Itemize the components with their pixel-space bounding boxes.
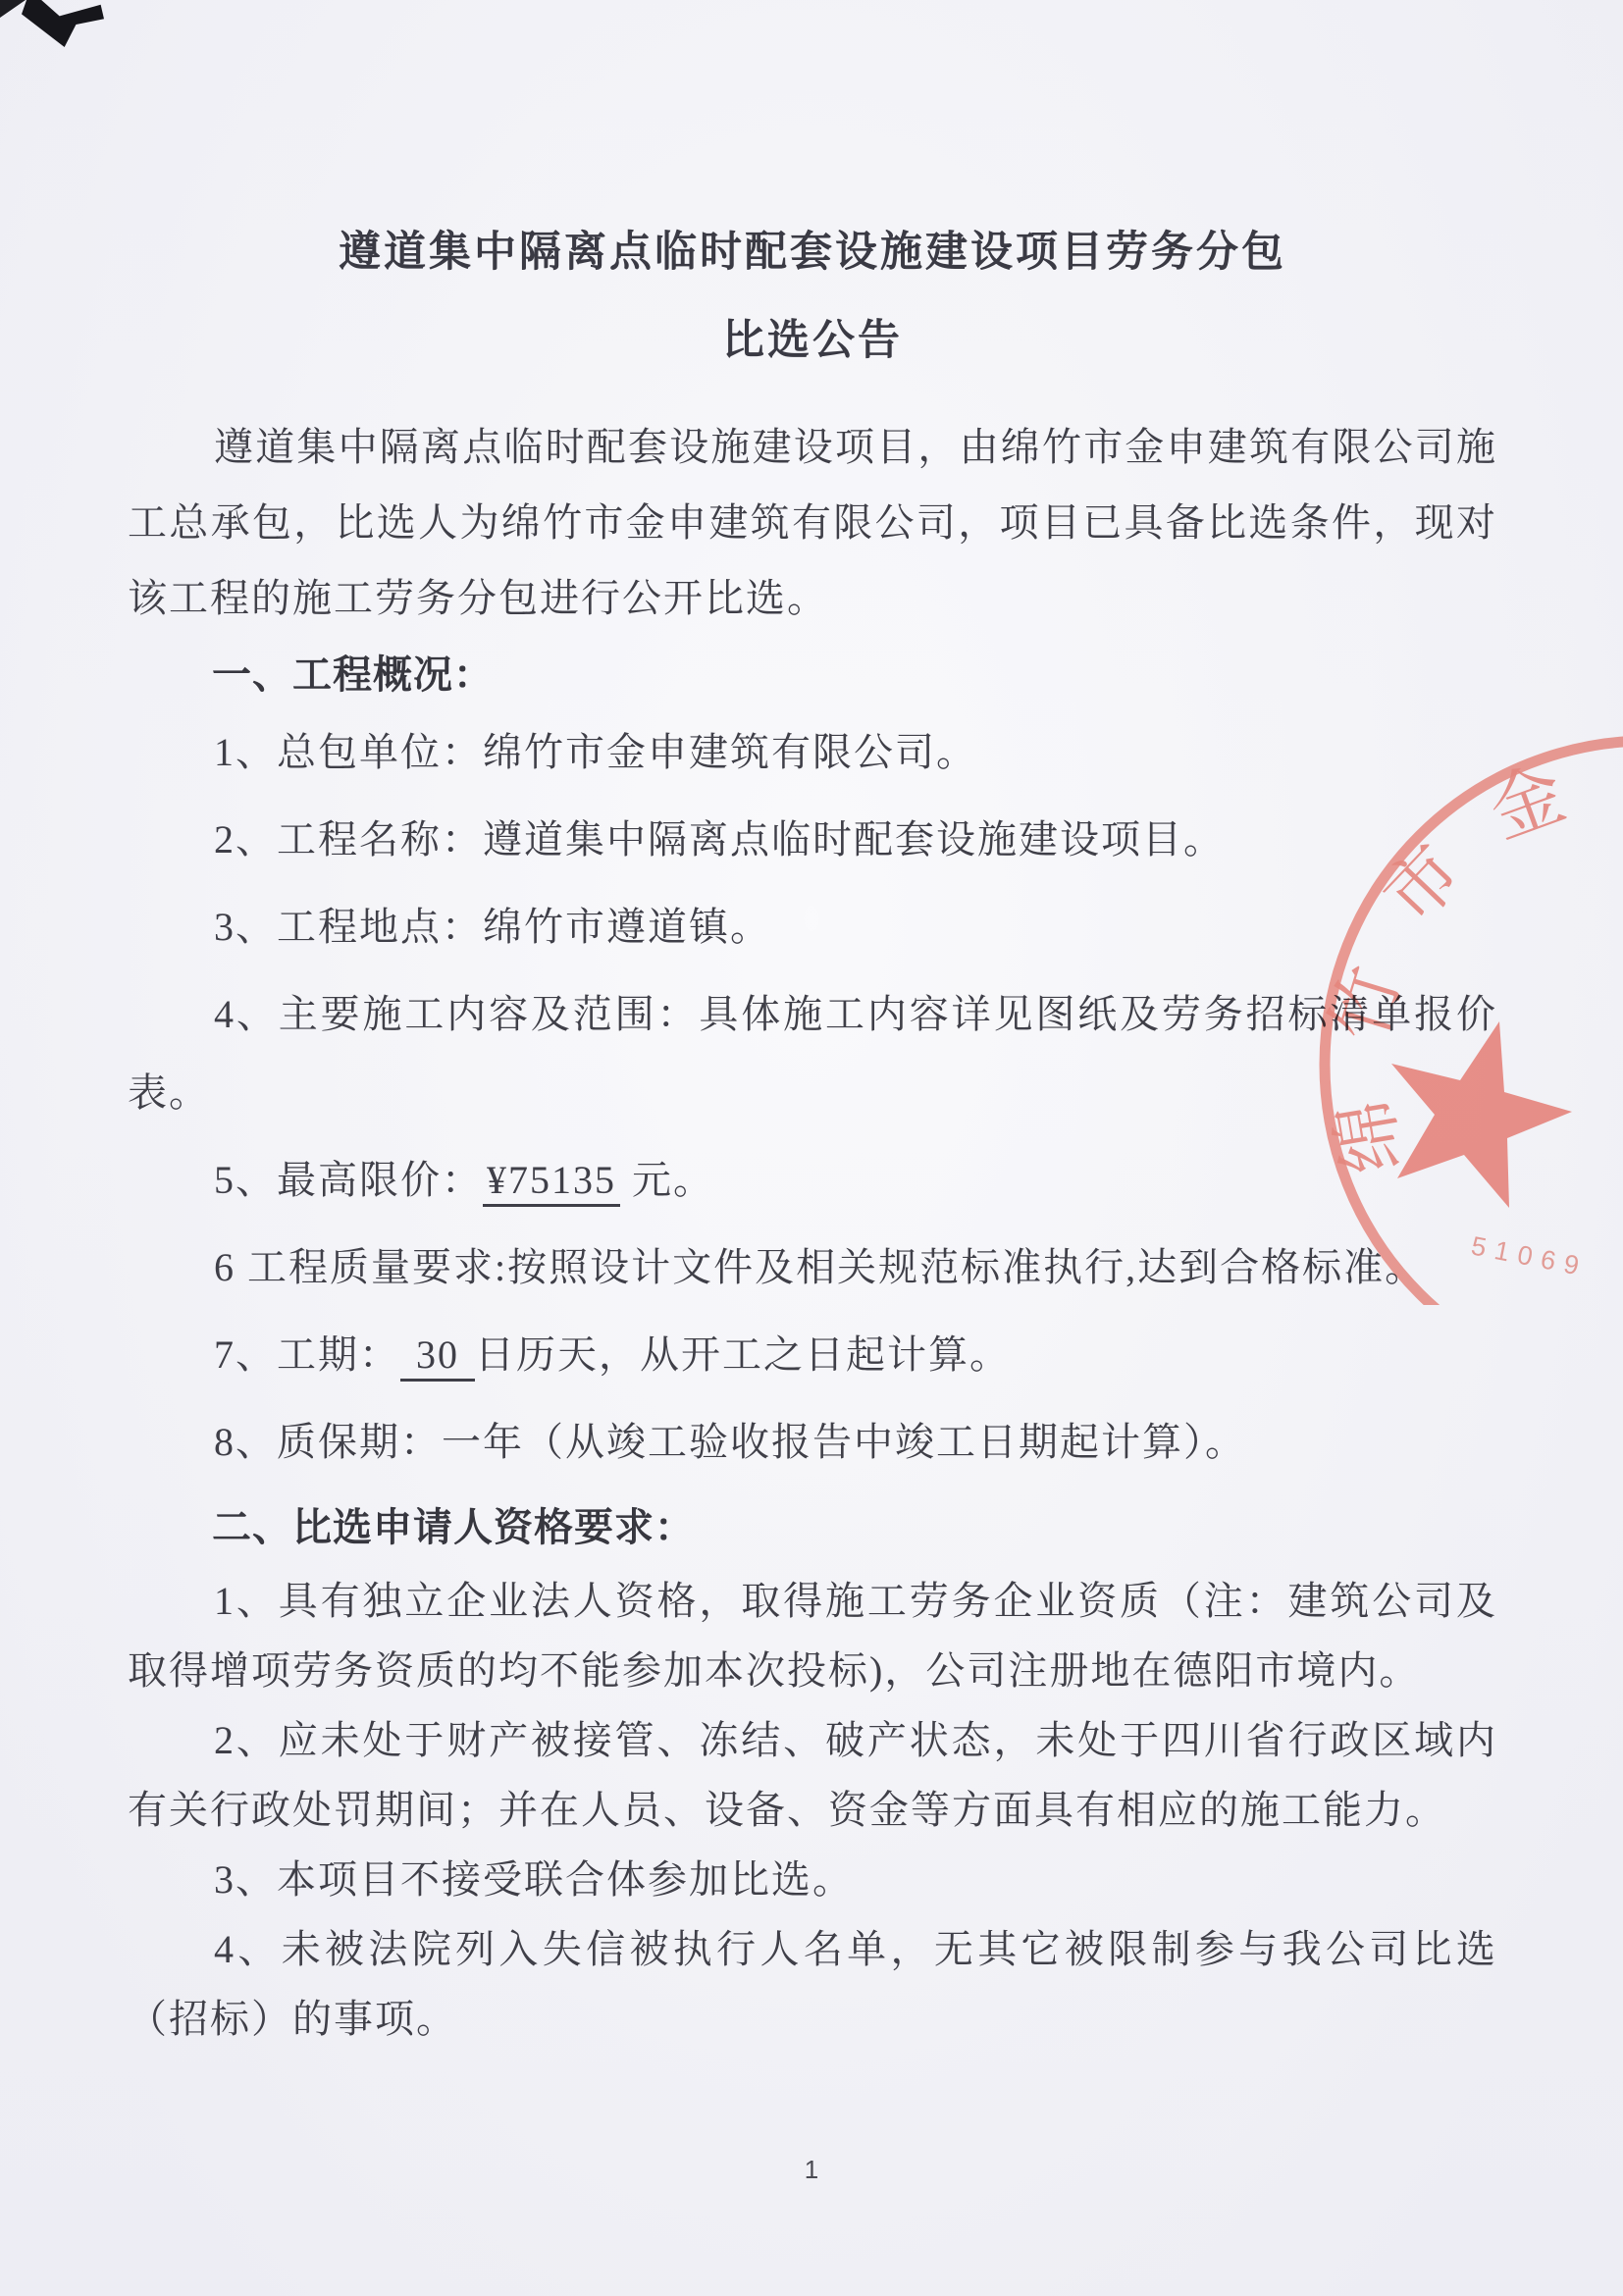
max-price-value: ¥75135 — [483, 1158, 620, 1207]
section1-item-4: 4、主要施工内容及范围：具体施工内容详见图纸及劳务招标清单报价表。 — [128, 975, 1497, 1132]
section1-item-6: 6 工程质量要求:按照设计文件及相关规范标准执行,达到合格标准。 — [128, 1228, 1497, 1307]
document-body: 遵道集中隔离点临时配套设施建设项目劳务分包 比选公告 遵道集中隔离点临时配套设施… — [128, 221, 1497, 2054]
section1-item-5: 5、最高限价：¥75135 元。 — [128, 1141, 1497, 1220]
document-title-line1: 遵道集中隔离点临时配套设施建设项目劳务分包 — [128, 221, 1497, 286]
section2-item-1: 1、具有独立企业法人资格，取得施工劳务企业资质（注：建筑公司及取得增项劳务资质的… — [128, 1566, 1497, 1705]
document-title-line2: 比选公告 — [128, 309, 1497, 374]
page-number: 1 — [0, 2155, 1623, 2185]
max-price-suffix: 元。 — [620, 1158, 714, 1202]
duration-suffix: 日历天，从开工之日起计算。 — [475, 1332, 1011, 1377]
max-price-label: 5、最高限价： — [214, 1158, 483, 1202]
section1-item-1: 1、总包单位：绵竹市金申建筑有限公司。 — [128, 713, 1497, 792]
section2-item-4: 4、未被法院列入失信被执行人名单，无其它被限制参与我公司比选（招标）的事项。 — [128, 1914, 1497, 2054]
section2-heading: 二、比选申请人资格要求： — [128, 1490, 1497, 1566]
section2-item-3: 3、本项目不接受联合体参加比选。 — [128, 1845, 1497, 1914]
duration-value: 30 — [400, 1332, 475, 1382]
section1-item-7: 7、工期： 30 日历天，从开工之日起计算。 — [128, 1316, 1497, 1394]
intro-paragraph: 遵道集中隔离点临时配套设施建设项目，由绵竹市金申建筑有限公司施工总承包，比选人为… — [128, 409, 1497, 636]
section1-heading: 一、工程概况： — [128, 638, 1497, 713]
scan-artifact-mark — [22, 0, 104, 47]
section1-item-2: 2、工程名称：遵道集中隔离点临时配套设施建设项目。 — [128, 801, 1497, 879]
section2-item-2: 2、应未处于财产被接管、冻结、破产状态，未处于四川省行政区域内有关行政处罚期间；… — [128, 1705, 1497, 1845]
duration-label: 7、工期： — [214, 1332, 400, 1377]
scan-artifact-corner — [0, 0, 26, 18]
section1-item-3: 3、工程地点：绵竹市遵道镇。 — [128, 888, 1497, 966]
scanned-document-page: 遵道集中隔离点临时配套设施建设项目劳务分包 比选公告 遵道集中隔离点临时配套设施… — [0, 0, 1623, 2296]
section1-item-8: 8、质保期：一年（从竣工验收报告中竣工日期起计算）。 — [128, 1403, 1497, 1482]
